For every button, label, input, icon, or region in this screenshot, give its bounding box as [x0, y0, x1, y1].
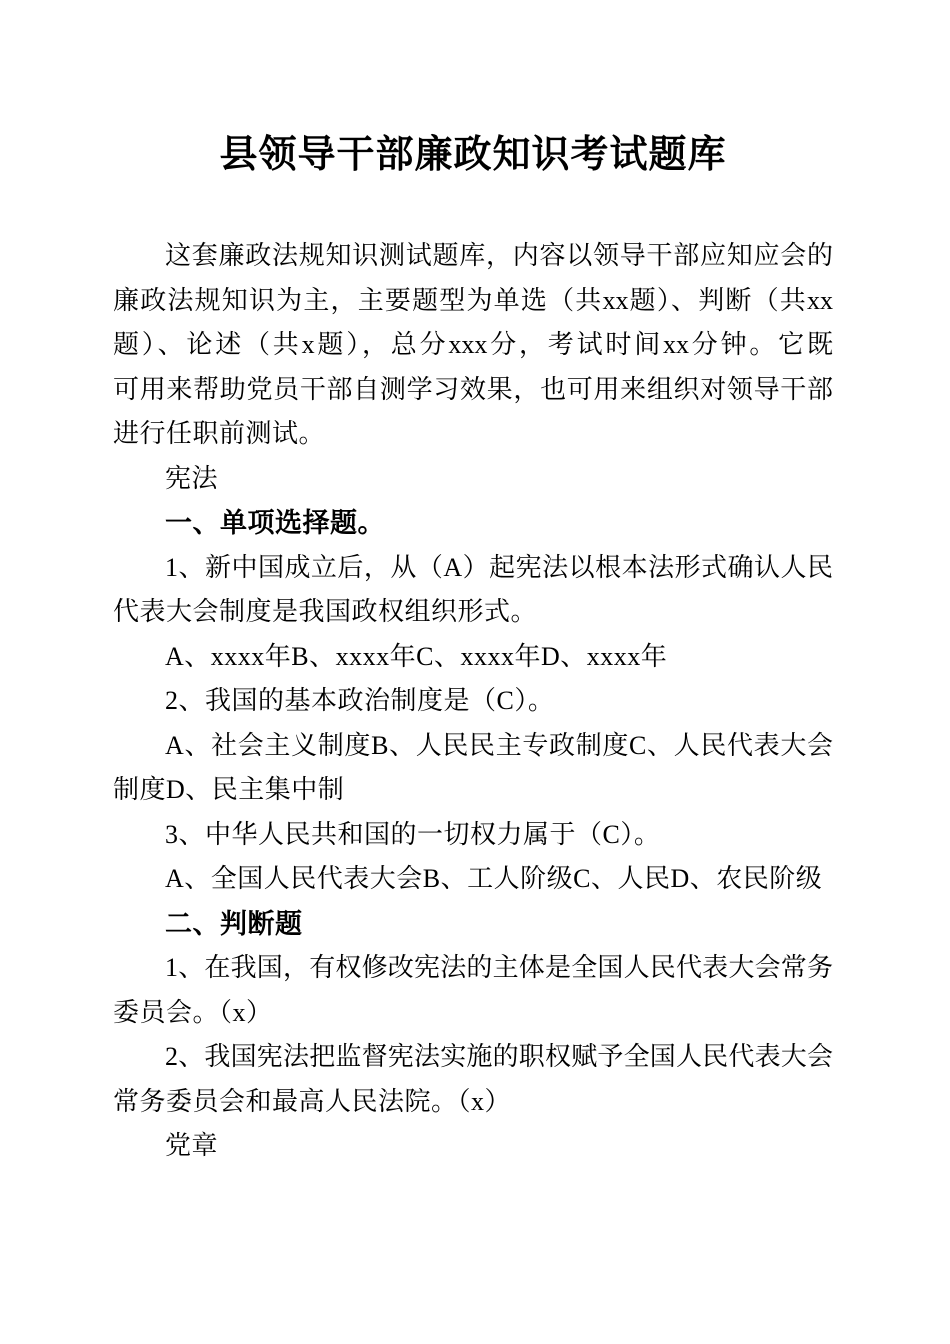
doc-line: 宪法	[113, 457, 833, 502]
doc-line: 2、我国的基本政治制度是（C）。	[113, 679, 833, 724]
section-heading: 一、单项选择题。	[113, 501, 833, 546]
doc-line: 这套廉政法规知识测试题库，内容以领导干部应知应会的	[113, 234, 833, 279]
section-heading: 二、判断题	[113, 902, 833, 947]
doc-line: 代表大会制度是我国政权组织形式。	[113, 590, 833, 635]
doc-line: 题）、论述（共x题），总分xxx分，考试时间xx分钟。它既	[113, 323, 833, 368]
doc-line: A、xxxx年B、xxxx年C、xxxx年D、xxxx年	[113, 635, 833, 680]
doc-line: 1、在我国，有权修改宪法的主体是全国人民代表大会常务	[113, 946, 833, 991]
doc-line: 制度D、民主集中制	[113, 768, 833, 813]
doc-line: 常务委员会和最高人民法院。（x）	[113, 1080, 833, 1125]
doc-line: 3、中华人民共和国的一切权力属于（C）。	[113, 813, 833, 858]
doc-line: 委员会。（x）	[113, 991, 833, 1036]
doc-line: 2、我国宪法把监督宪法实施的职权赋予全国人民代表大会	[113, 1035, 833, 1080]
document-lines: 这套廉政法规知识测试题库，内容以领导干部应知应会的廉政法规知识为主，主要题型为单…	[113, 234, 833, 1169]
document-page: 县领导干部廉政知识考试题库 这套廉政法规知识测试题库，内容以领导干部应知应会的廉…	[0, 0, 950, 1344]
document-content: 县领导干部廉政知识考试题库 这套廉政法规知识测试题库，内容以领导干部应知应会的廉…	[113, 0, 833, 1169]
document-title: 县领导干部廉政知识考试题库	[113, 0, 833, 179]
doc-line: 可用来帮助党员干部自测学习效果，也可用来组织对领导干部	[113, 368, 833, 413]
doc-line: A、社会主义制度B、人民民主专政制度C、人民代表大会	[113, 724, 833, 769]
doc-line: 进行任职前测试。	[113, 412, 833, 457]
doc-line: 廉政法规知识为主，主要题型为单选（共xx题）、判断（共xx	[113, 279, 833, 324]
doc-line: 1、新中国成立后，从（A）起宪法以根本法形式确认人民	[113, 546, 833, 591]
doc-line: 党章	[113, 1124, 833, 1169]
doc-line: A、全国人民代表大会B、工人阶级C、人民D、农民阶级	[113, 857, 833, 902]
